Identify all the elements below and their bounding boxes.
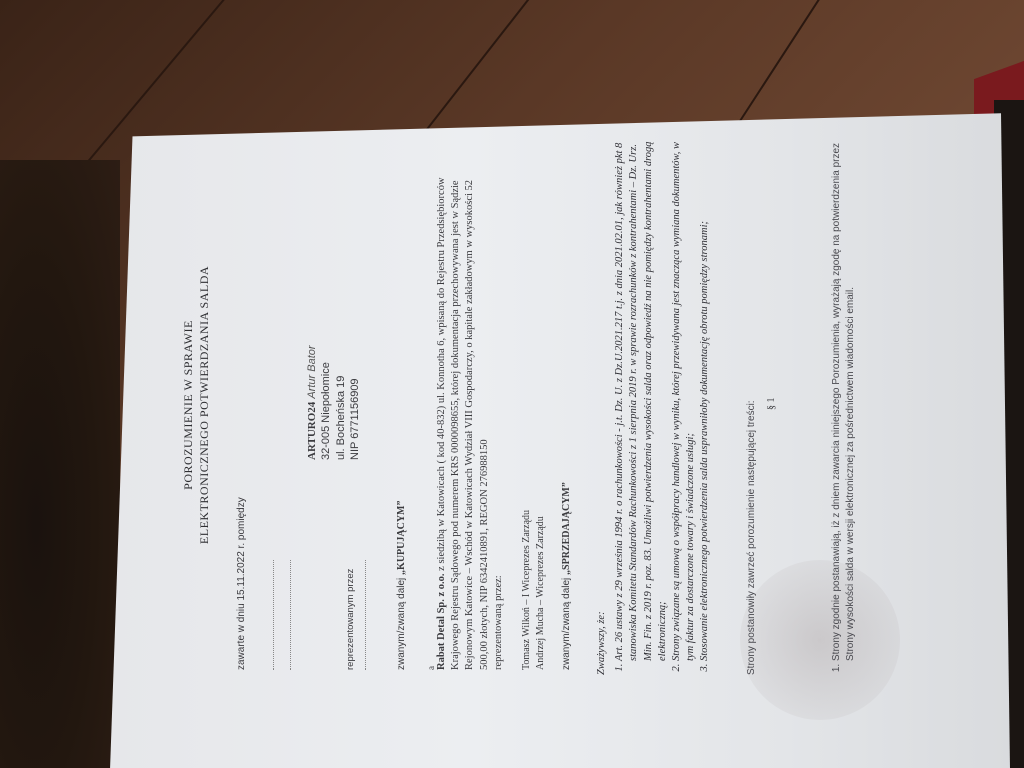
dark-object-left <box>0 160 120 768</box>
concluded-date: zawarte w dniu 15.11.2022 r. pomiędzy <box>235 497 249 670</box>
buyer-nip: NIP 6771156909 <box>348 345 362 460</box>
paragraph-mark: § 1 <box>765 398 779 411</box>
seller-block: Rabat Detal Sp. z o.o. z siedzibą w Kato… <box>435 150 506 670</box>
signature-line <box>290 560 291 670</box>
buyer-block: ARTURO24 Artur Bator 32-005 Niepołomice … <box>305 345 362 460</box>
whereas-item: Art. 26 ustawy z 29 września 1994 r. o r… <box>613 135 670 661</box>
alias-prefix: zwanym/zwaną dalej <box>561 575 572 670</box>
buyer-owner: Artur Bator <box>306 345 318 398</box>
whereas-item: Strony związane są umową o współpracy ha… <box>670 135 698 661</box>
whereas-section: Zważywszy, że: Art. 26 ustawy z 29 wrześ… <box>595 135 712 675</box>
buyer-name: ARTURO24 <box>306 402 318 460</box>
buyer-alias-name: „KUPUJĄCYM” <box>396 501 407 575</box>
signature-line <box>273 560 274 670</box>
clause-item: Strony zgodnie postanawiają, iż z dniem … <box>830 135 857 661</box>
title-line-1: POROZUMIENIE W SPRAWIE <box>180 240 196 570</box>
signature-line <box>365 560 366 670</box>
document-page: POROZUMIENIE W SPRAWIE ELEKTRONICZNEGO P… <box>140 140 970 740</box>
buyer-street: ul. Bocheńska 19 <box>334 345 348 460</box>
buyer-alias: zwanym/zwaną dalej „KUPUJĄCYM” <box>395 501 409 670</box>
representative: Andrzej Mucha – Wiceprezes Zarządu <box>534 510 548 670</box>
clauses-section: Strony zgodnie postanawiają, iż z dniem … <box>830 135 857 675</box>
document-title: POROZUMIENIE W SPRAWIE ELEKTRONICZNEGO P… <box>180 240 212 570</box>
represented-by-label: reprezentowanym przez <box>345 569 358 670</box>
decision-statement: Strony postanowiły zawrzeć porozumienie … <box>745 400 759 675</box>
alias-prefix: zwanym/zwaną dalej <box>396 575 407 670</box>
seller-represented-by: reprezentowaną przez: <box>492 150 506 670</box>
buyer-city: 32-005 Niepołomice <box>319 345 333 460</box>
seller-alias: zwanym/zwaną dalej „SPRZEDAJĄCYM” <box>560 482 574 670</box>
title-line-2: ELEKTRONICZNEGO POTWIERDZANIA SALDA <box>196 240 212 570</box>
whereas-heading: Zważywszy, że: <box>595 135 609 675</box>
seller-alias-name: „SPRZEDAJĄCYM” <box>561 482 572 575</box>
seller-name: Rabat Detal Sp. z o.o. <box>436 573 447 670</box>
representatives-list: Tomasz Wilkoń – I Wiceprezes Zarządu And… <box>520 510 547 670</box>
whereas-item: Stosowanie elektronicznego potwierdzenia… <box>698 135 712 661</box>
representative: Tomasz Wilkoń – I Wiceprezes Zarządu <box>520 510 534 670</box>
